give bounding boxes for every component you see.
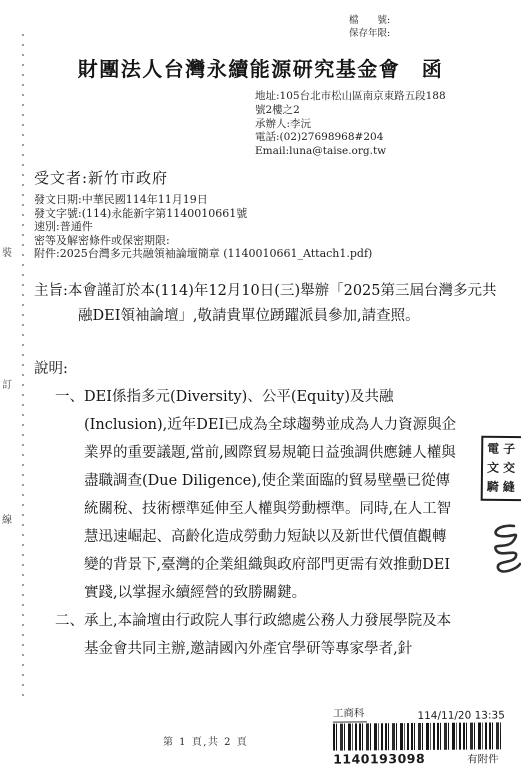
item-1-number: 一、 [55,389,84,405]
binding-char-ding: 訂 [2,376,12,391]
contact-address-line1: 地址:105台北市松山區南京東路五段188 [255,90,446,104]
meta-issue-date: 發文日期:中華民國114年11月19日 [34,193,372,207]
description-item-1: 一、DEI係指多元(Diversity)、公平(Equity)及共融(Inclu… [55,383,460,607]
subject-label: 主旨: [34,283,68,299]
description-label: 說明: [34,357,68,378]
file-no-label: 檔 號: [349,14,390,27]
item-2-number: 二、 [55,613,84,629]
subject-paragraph: 主旨:本會謹訂於本(114)年12月10日(三)舉辦「2025第三屆台灣多元共融… [34,279,502,329]
item-2-text: 承上,本論壇由行政院人事行政總處公務人力發展學院及本基金會共同主辦,邀請國內外產… [84,613,451,657]
binding-char-zhuang: 裝 [2,244,12,259]
received-stamp-dept: 工商科 [333,705,367,722]
received-stamp-footer: 1140193098 有附件 [333,750,505,766]
received-stamp-attachment: 有附件 [467,751,499,766]
contact-address-line2: 號2樓之2 [255,104,446,118]
received-stamp: 工商科 114/11/20 13:35 1140193098 有附件 [333,704,505,766]
item-1-text: DEI係指多元(Diversity)、公平(Equity)及共融(Inclusi… [84,389,456,601]
barcode [333,722,501,750]
meta-security: 密等及解密條件或保密期限: [34,234,372,248]
contact-block: 地址:105台北市松山區南京東路五段188 號2樓之2 承辦人:李沅 電話:(0… [255,90,446,159]
received-stamp-datetime: 114/11/20 13:35 [417,709,505,722]
received-stamp-number: 1140193098 [333,751,425,766]
seam-stamp-row-3: 騎縫 [487,478,521,497]
contact-email: Email:luna@taise.org.tw [255,145,446,159]
electronic-exchange-seam-stamp: 電子 文交 騎縫 [481,436,521,502]
description-item-2: 二、承上,本論壇由行政院人事行政總處公務人力發展學院及本基金會共同主辦,邀請國內… [55,607,460,663]
document-page: 裝 訂 線 檔 號: 保存年限: 財團法人台灣永續能源研究基金會 函 地址:10… [0,0,521,766]
meta-block: 發文日期:中華民國114年11月19日 發文字號:(114)永能新字第11400… [34,193,372,261]
subject-text: 本會謹訂於本(114)年12月10日(三)舉辦「2025第三屆台灣多元共融DEI… [68,283,497,324]
seam-stamp-row-1: 電子 [487,440,521,459]
page-number: 第 1 頁,共 2 頁 [163,733,248,748]
handwritten-seal-scribble [484,522,521,580]
binding-dotted-line [22,34,24,702]
recipient-line: 受文者:新竹市政府 [34,167,168,188]
seam-stamp-row-2: 文交 [487,459,521,478]
binding-char-xian: 線 [2,511,12,526]
meta-attachment: 附件:2025台灣多元共融領袖論壇簡章 (1140010661_Attach1.… [34,247,372,261]
document-title: 財團法人台灣永續能源研究基金會 函 [0,53,521,82]
contact-phone: 電話:(02)27698968#204 [255,131,446,145]
meta-doc-number: 發文字號:(114)永能新字第1140010661號 [34,207,372,221]
retention-label: 保存年限: [349,27,390,40]
received-stamp-header: 工商科 114/11/20 13:35 [333,704,505,722]
file-number-block: 檔 號: 保存年限: [349,14,390,40]
contact-person: 承辦人:李沅 [255,118,446,132]
description-items: 一、DEI係指多元(Diversity)、公平(Equity)及共融(Inclu… [55,383,460,663]
meta-speed: 速別:普通件 [34,220,372,234]
